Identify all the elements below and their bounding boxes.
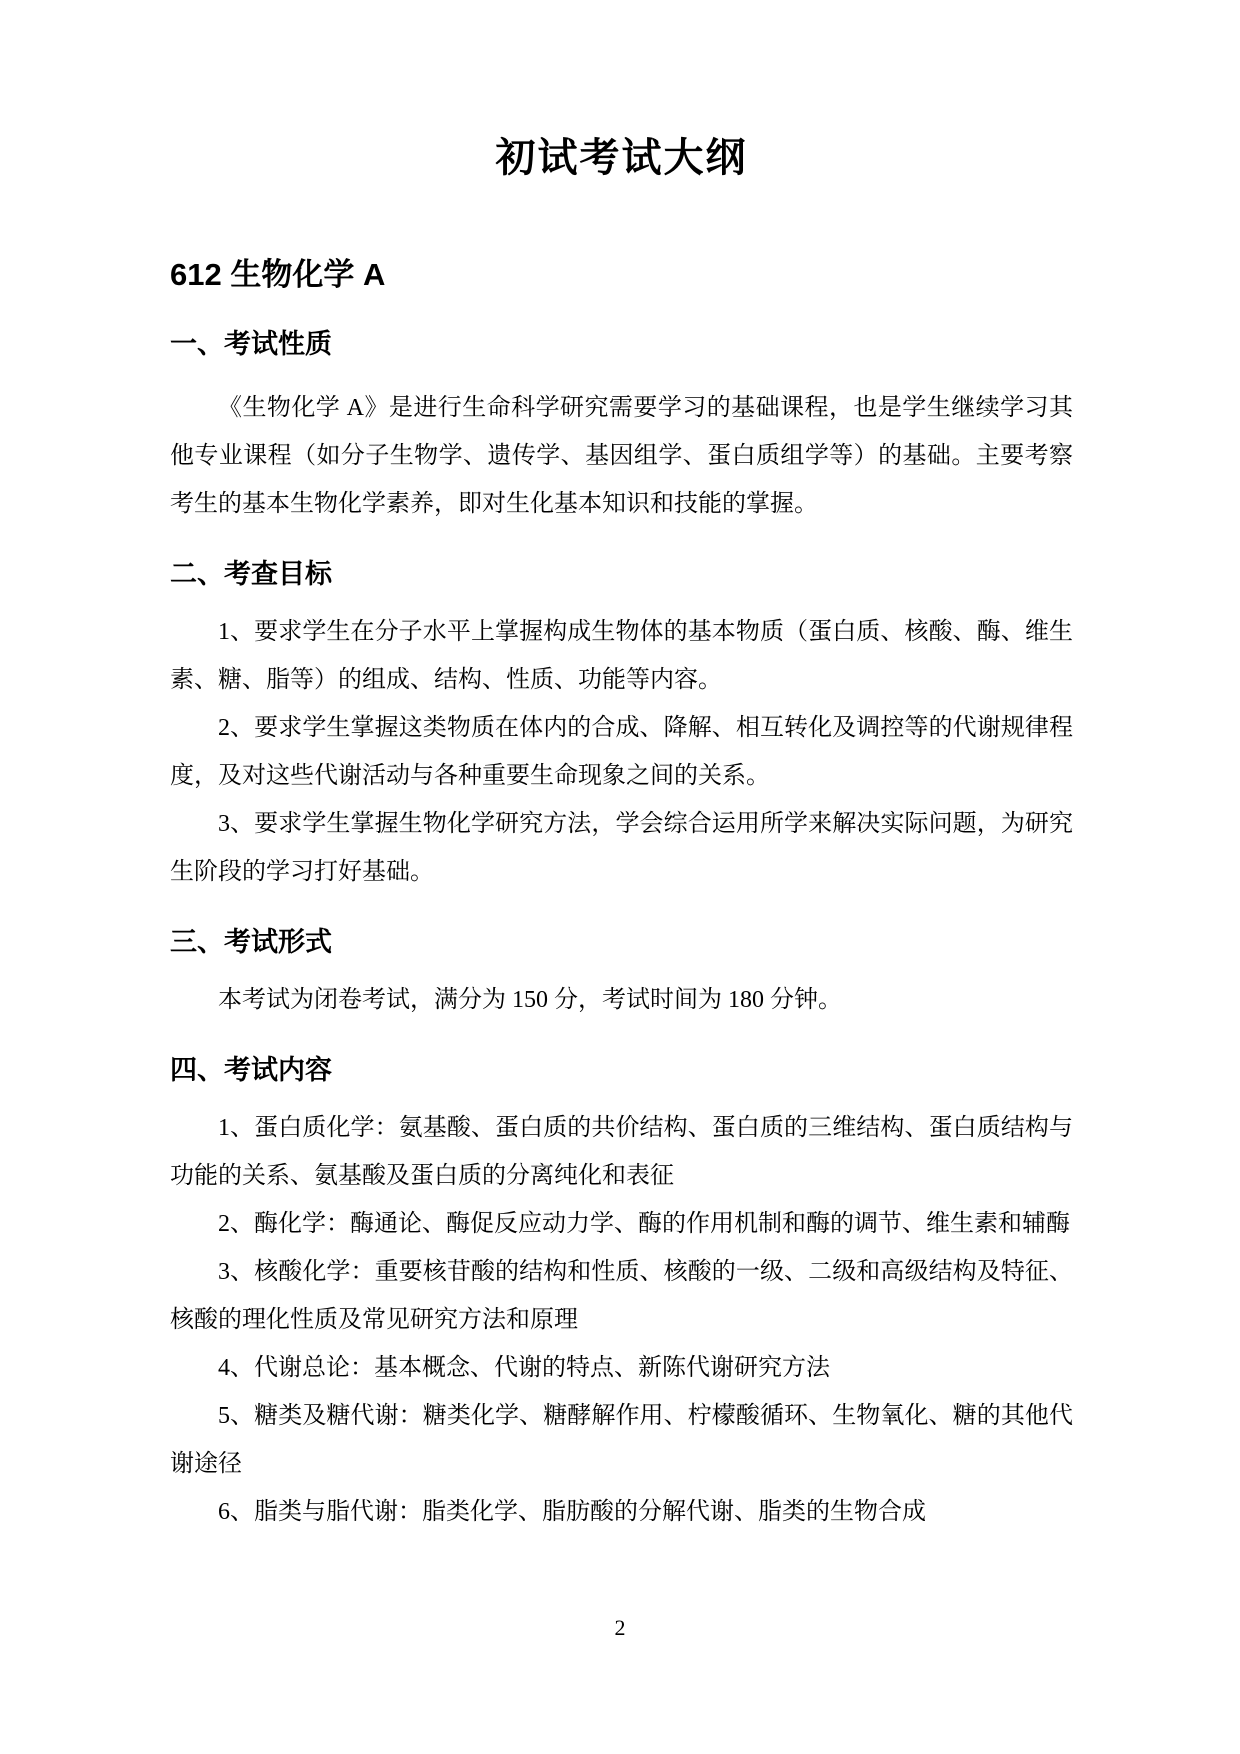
paragraph: 本考试为闭卷考试，满分为 150 分，考试时间为 180 分钟。	[170, 976, 1073, 1024]
document-page: 初试考试大纲 612 生物化学 A 一、考试性质 《生物化学 A》是进行生命科学…	[0, 0, 1240, 1754]
paragraph: 4、代谢总论：基本概念、代谢的特点、新陈代谢研究方法	[170, 1344, 1073, 1392]
paragraph: 2、要求学生掌握这类物质在体内的合成、降解、相互转化及调控等的代谢规律程度，及对…	[170, 704, 1073, 800]
section-heading-exam-objectives: 二、考查目标	[170, 552, 1073, 596]
section-heading-exam-content: 四、考试内容	[170, 1048, 1073, 1092]
document-title: 初试考试大纲	[170, 128, 1073, 188]
paragraph: 《生物化学 A》是进行生命科学研究需要学习的基础课程，也是学生继续学习其他专业课…	[170, 384, 1073, 528]
paragraph: 1、要求学生在分子水平上掌握构成生物体的基本物质（蛋白质、核酸、酶、维生素、糖、…	[170, 608, 1073, 704]
paragraph: 1、蛋白质化学：氨基酸、蛋白质的共价结构、蛋白质的三维结构、蛋白质结构与功能的关…	[170, 1104, 1073, 1200]
section-exam-objectives: 二、考查目标 1、要求学生在分子水平上掌握构成生物体的基本物质（蛋白质、核酸、酶…	[170, 552, 1073, 896]
document-content: 初试考试大纲 612 生物化学 A 一、考试性质 《生物化学 A》是进行生命科学…	[170, 0, 1073, 1536]
section-heading-exam-format: 三、考试形式	[170, 920, 1073, 964]
section-exam-format: 三、考试形式 本考试为闭卷考试，满分为 150 分，考试时间为 180 分钟。	[170, 920, 1073, 1024]
section-heading-exam-nature: 一、考试性质	[170, 322, 1073, 366]
paragraph: 6、脂类与脂代谢：脂类化学、脂肪酸的分解代谢、脂类的生物合成	[170, 1488, 1073, 1536]
section-exam-content: 四、考试内容 1、蛋白质化学：氨基酸、蛋白质的共价结构、蛋白质的三维结构、蛋白质…	[170, 1048, 1073, 1536]
course-heading: 612 生物化学 A	[170, 252, 1073, 298]
paragraph: 2、酶化学：酶通论、酶促反应动力学、酶的作用机制和酶的调节、维生素和辅酶	[170, 1200, 1073, 1248]
section-exam-nature: 一、考试性质 《生物化学 A》是进行生命科学研究需要学习的基础课程，也是学生继续…	[170, 322, 1073, 528]
page-number: 2	[0, 1612, 1240, 1644]
paragraph: 5、糖类及糖代谢：糖类化学、糖酵解作用、柠檬酸循环、生物氧化、糖的其他代谢途径	[170, 1392, 1073, 1488]
paragraph: 3、要求学生掌握生物化学研究方法，学会综合运用所学来解决实际问题，为研究生阶段的…	[170, 800, 1073, 896]
paragraph: 3、核酸化学：重要核苷酸的结构和性质、核酸的一级、二级和高级结构及特征、核酸的理…	[170, 1248, 1073, 1344]
